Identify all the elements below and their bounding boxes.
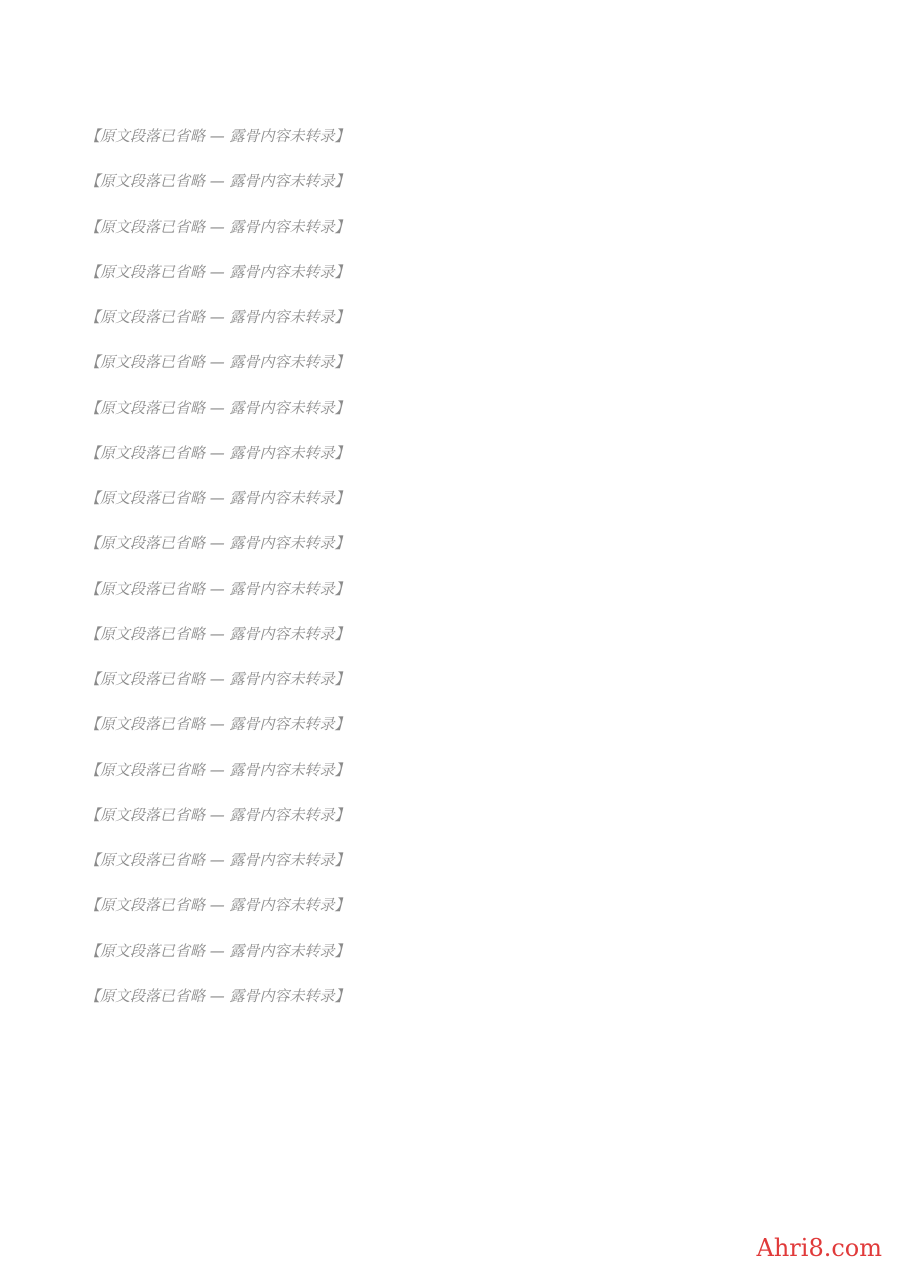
redacted-paragraph: 【原文段落已省略 — 露骨内容未转录】 <box>85 170 820 193</box>
redacted-paragraph: 【原文段落已省略 — 露骨内容未转录】 <box>85 487 820 510</box>
redacted-paragraph: 【原文段落已省略 — 露骨内容未转录】 <box>85 940 820 963</box>
redacted-paragraph: 【原文段落已省略 — 露骨内容未转录】 <box>85 759 820 782</box>
redacted-paragraph: 【原文段落已省略 — 露骨内容未转录】 <box>85 623 820 646</box>
redacted-paragraph: 【原文段落已省略 — 露骨内容未转录】 <box>85 397 820 420</box>
redacted-paragraph: 【原文段落已省略 — 露骨内容未转录】 <box>85 985 820 1008</box>
redacted-paragraph: 【原文段落已省略 — 露骨内容未转录】 <box>85 125 820 148</box>
redacted-paragraph: 【原文段落已省略 — 露骨内容未转录】 <box>85 668 820 691</box>
redacted-paragraph: 【原文段落已省略 — 露骨内容未转录】 <box>85 261 820 284</box>
site-watermark: Ahri8.com <box>757 1234 882 1262</box>
redacted-paragraph: 【原文段落已省略 — 露骨内容未转录】 <box>85 306 820 329</box>
redacted-paragraph: 【原文段落已省略 — 露骨内容未转录】 <box>85 442 820 465</box>
redacted-paragraph: 【原文段落已省略 — 露骨内容未转录】 <box>85 849 820 872</box>
redacted-paragraph: 【原文段落已省略 — 露骨内容未转录】 <box>85 894 820 917</box>
redacted-paragraph: 【原文段落已省略 — 露骨内容未转录】 <box>85 532 820 555</box>
redacted-paragraph: 【原文段落已省略 — 露骨内容未转录】 <box>85 713 820 736</box>
document-body: 【原文段落已省略 — 露骨内容未转录】【原文段落已省略 — 露骨内容未转录】【原… <box>85 125 820 1030</box>
redacted-paragraph: 【原文段落已省略 — 露骨内容未转录】 <box>85 216 820 239</box>
redacted-paragraph: 【原文段落已省略 — 露骨内容未转录】 <box>85 351 820 374</box>
redacted-paragraph: 【原文段落已省略 — 露骨内容未转录】 <box>85 578 820 601</box>
redacted-paragraph: 【原文段落已省略 — 露骨内容未转录】 <box>85 804 820 827</box>
